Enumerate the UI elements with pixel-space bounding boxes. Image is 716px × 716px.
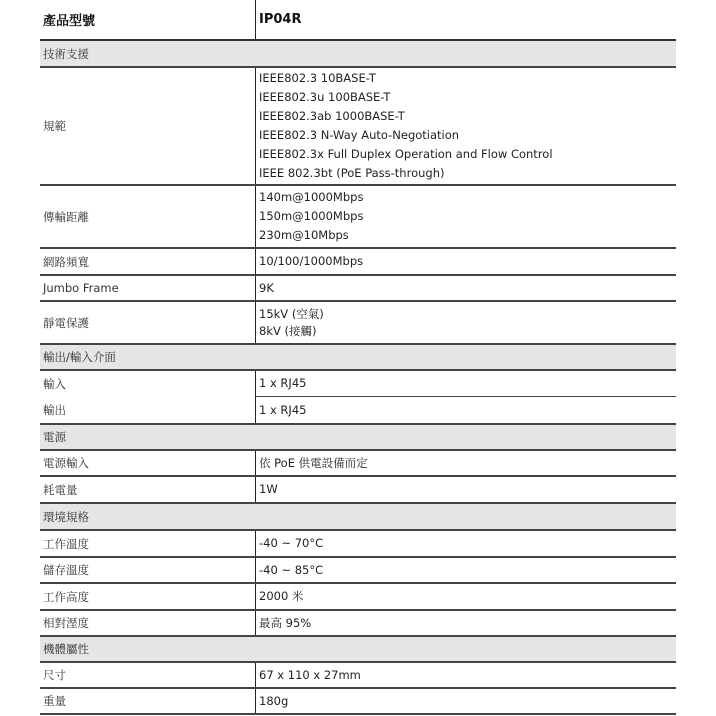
op-temp-value: -40 ~ 70°C	[256, 531, 676, 556]
size-label: 尺寸	[40, 663, 256, 687]
storage-temp-label: 儲存溫度	[40, 558, 256, 582]
spec-table: 產品型號 IP04R 技術支援 規範 IEEE802.3 10BASE-T IE…	[40, 0, 676, 715]
row-distance: 傳輸距離 140m@1000Mbps 150m@1000Mbps 230m@10…	[40, 186, 676, 249]
weight-value: 180g	[256, 689, 676, 713]
standard-label: 規範	[40, 68, 256, 184]
row-io-pair: 輸入 輸出 1 x RJ45 1 x RJ45	[40, 371, 676, 425]
altitude-value: 2000 米	[256, 584, 676, 609]
standard-value: IEEE802.3 10BASE-T	[259, 69, 676, 88]
standard-value: IEEE802.3x Full Duplex Operation and Flo…	[259, 145, 676, 164]
section-body: 機體屬性	[40, 637, 676, 663]
row-jumbo: Jumbo Frame 9K	[40, 276, 676, 302]
esd-values: 15kV (空氣) 8kV (接觸)	[256, 302, 676, 343]
standard-value: IEEE802.3ab 1000BASE-T	[259, 107, 676, 126]
standard-value: IEEE 802.3bt (PoE Pass-through)	[259, 164, 676, 183]
model-label: 產品型號	[40, 0, 256, 39]
humidity-value: 最高 95%	[256, 611, 676, 635]
distance-value: 230m@10Mbps	[259, 226, 676, 245]
io-input-value: 1 x RJ45	[256, 371, 676, 397]
row-weight: 重量 180g	[40, 689, 676, 715]
distance-value: 140m@1000Mbps	[259, 188, 676, 207]
distance-values: 140m@1000Mbps 150m@1000Mbps 230m@10Mbps	[256, 186, 676, 247]
bandwidth-value: 10/100/1000Mbps	[256, 249, 676, 274]
standard-values: IEEE802.3 10BASE-T IEEE802.3u 100BASE-T …	[256, 68, 676, 184]
section-env: 環境規格	[40, 504, 676, 531]
consumption-label: 耗電量	[40, 477, 256, 502]
row-esd: 靜電保護 15kV (空氣) 8kV (接觸)	[40, 302, 676, 345]
distance-label: 傳輸距離	[40, 186, 256, 247]
power-input-label: 電源輸入	[40, 451, 256, 475]
io-input-label: 輸入	[43, 371, 66, 397]
distance-value: 150m@1000Mbps	[259, 207, 676, 226]
standard-value: IEEE802.3u 100BASE-T	[259, 88, 676, 107]
row-standard: 規範 IEEE802.3 10BASE-T IEEE802.3u 100BASE…	[40, 68, 676, 186]
humidity-label: 相對溼度	[40, 611, 256, 635]
row-power-consumption: 耗電量 1W	[40, 477, 676, 504]
esd-label: 靜電保護	[40, 302, 256, 343]
altitude-label: 工作高度	[40, 584, 256, 609]
jumbo-value: 9K	[256, 276, 676, 300]
model-value: IP04R	[256, 0, 676, 39]
io-output-label: 輸出	[43, 397, 66, 423]
size-value: 67 x 110 x 27mm	[256, 663, 676, 687]
esd-value: 15kV (空氣)	[259, 306, 676, 323]
io-output-value: 1 x RJ45	[256, 397, 676, 423]
consumption-value: 1W	[256, 477, 676, 502]
bandwidth-label: 網路頻寬	[40, 249, 256, 274]
io-labels: 輸入 輸出	[40, 371, 256, 423]
row-power-input: 電源輸入 依 PoE 供電設備而定	[40, 451, 676, 477]
row-op-temp: 工作溫度 -40 ~ 70°C	[40, 531, 676, 558]
storage-temp-value: -40 ~ 85°C	[256, 558, 676, 582]
section-power: 電源	[40, 425, 676, 451]
jumbo-label: Jumbo Frame	[40, 276, 256, 300]
model-row: 產品型號 IP04R	[40, 0, 676, 41]
power-input-value: 依 PoE 供電設備而定	[256, 451, 676, 475]
row-bandwidth: 網路頻寬 10/100/1000Mbps	[40, 249, 676, 276]
section-tech: 技術支援	[40, 41, 676, 68]
row-size: 尺寸 67 x 110 x 27mm	[40, 663, 676, 689]
op-temp-label: 工作溫度	[40, 531, 256, 556]
io-values: 1 x RJ45 1 x RJ45	[256, 371, 676, 423]
weight-label: 重量	[40, 689, 256, 713]
standard-value: IEEE802.3 N-Way Auto-Negotiation	[259, 126, 676, 145]
row-storage-temp: 儲存溫度 -40 ~ 85°C	[40, 558, 676, 584]
row-altitude: 工作高度 2000 米	[40, 584, 676, 611]
row-humidity: 相對溼度 最高 95%	[40, 611, 676, 637]
esd-value: 8kV (接觸)	[259, 323, 676, 340]
section-io: 輸出/輸入介面	[40, 345, 676, 371]
